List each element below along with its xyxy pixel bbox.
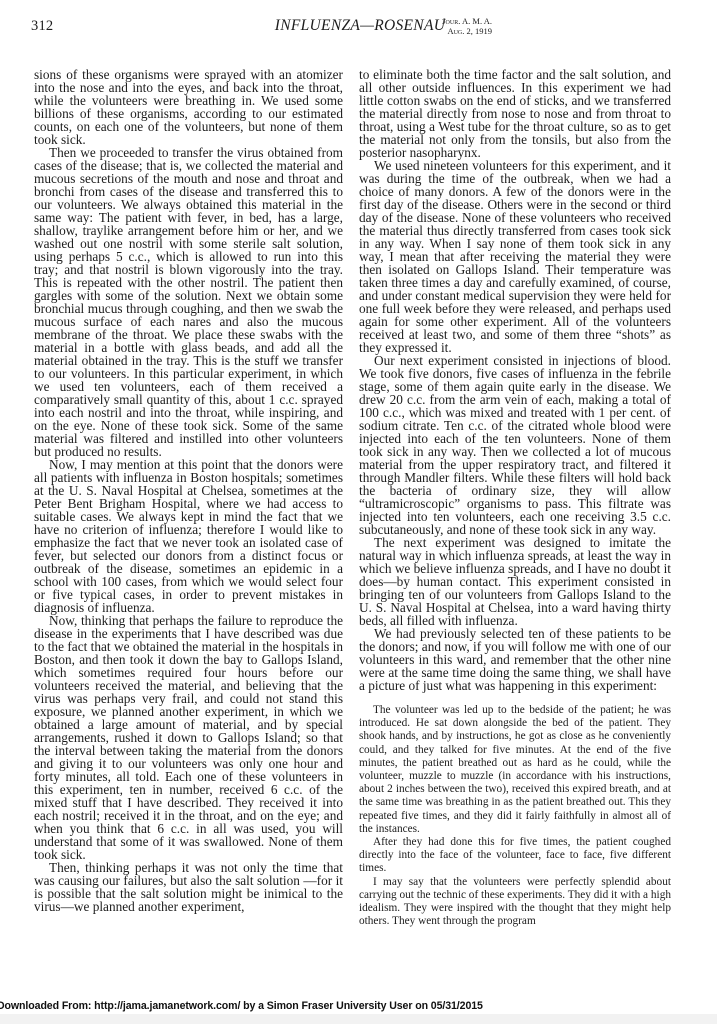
quote-paragraph: After they had done this for five times,… (359, 836, 671, 876)
quote-paragraph: The volunteer was led up to the bedside … (359, 704, 671, 836)
right-column: to eliminate both the time factor and th… (359, 68, 671, 928)
paragraph: Our next experiment consisted in injecti… (359, 354, 671, 536)
download-notice: Downloaded From: http://jama.jamanetwork… (0, 1000, 717, 1012)
journal-date: Aug. 2, 1919 (442, 26, 492, 36)
block-quote: The volunteer was led up to the bedside … (359, 704, 671, 928)
paragraph: Now, I may mention at this point that th… (34, 458, 343, 614)
left-column: sions of these organisms were sprayed wi… (34, 68, 343, 913)
paragraph: The next experiment was designed to imit… (359, 536, 671, 627)
paragraph: Then, thinking perhaps it was not only t… (34, 861, 343, 913)
paragraph: to eliminate both the time factor and th… (359, 68, 671, 159)
paragraph: Now, thinking that perhaps the failure t… (34, 614, 343, 861)
page-header: 312 INFLUENZA—ROSENAU Jour. A. M. A. Aug… (0, 0, 717, 52)
paragraph: We used nineteen volunteers for this exp… (359, 159, 671, 354)
journal-name: Jour. A. M. A. (442, 16, 492, 26)
journal-citation: Jour. A. M. A. Aug. 2, 1919 (442, 16, 492, 36)
paragraph: We had previously selected ten of these … (359, 627, 671, 692)
paragraph: Then we proceeded to transfer the virus … (34, 146, 343, 458)
footer-bar (0, 1014, 717, 1024)
quote-paragraph: I may say that the volunteers were perfe… (359, 876, 671, 929)
paragraph: sions of these organisms were sprayed wi… (34, 68, 343, 146)
page-number: 312 (31, 18, 53, 35)
